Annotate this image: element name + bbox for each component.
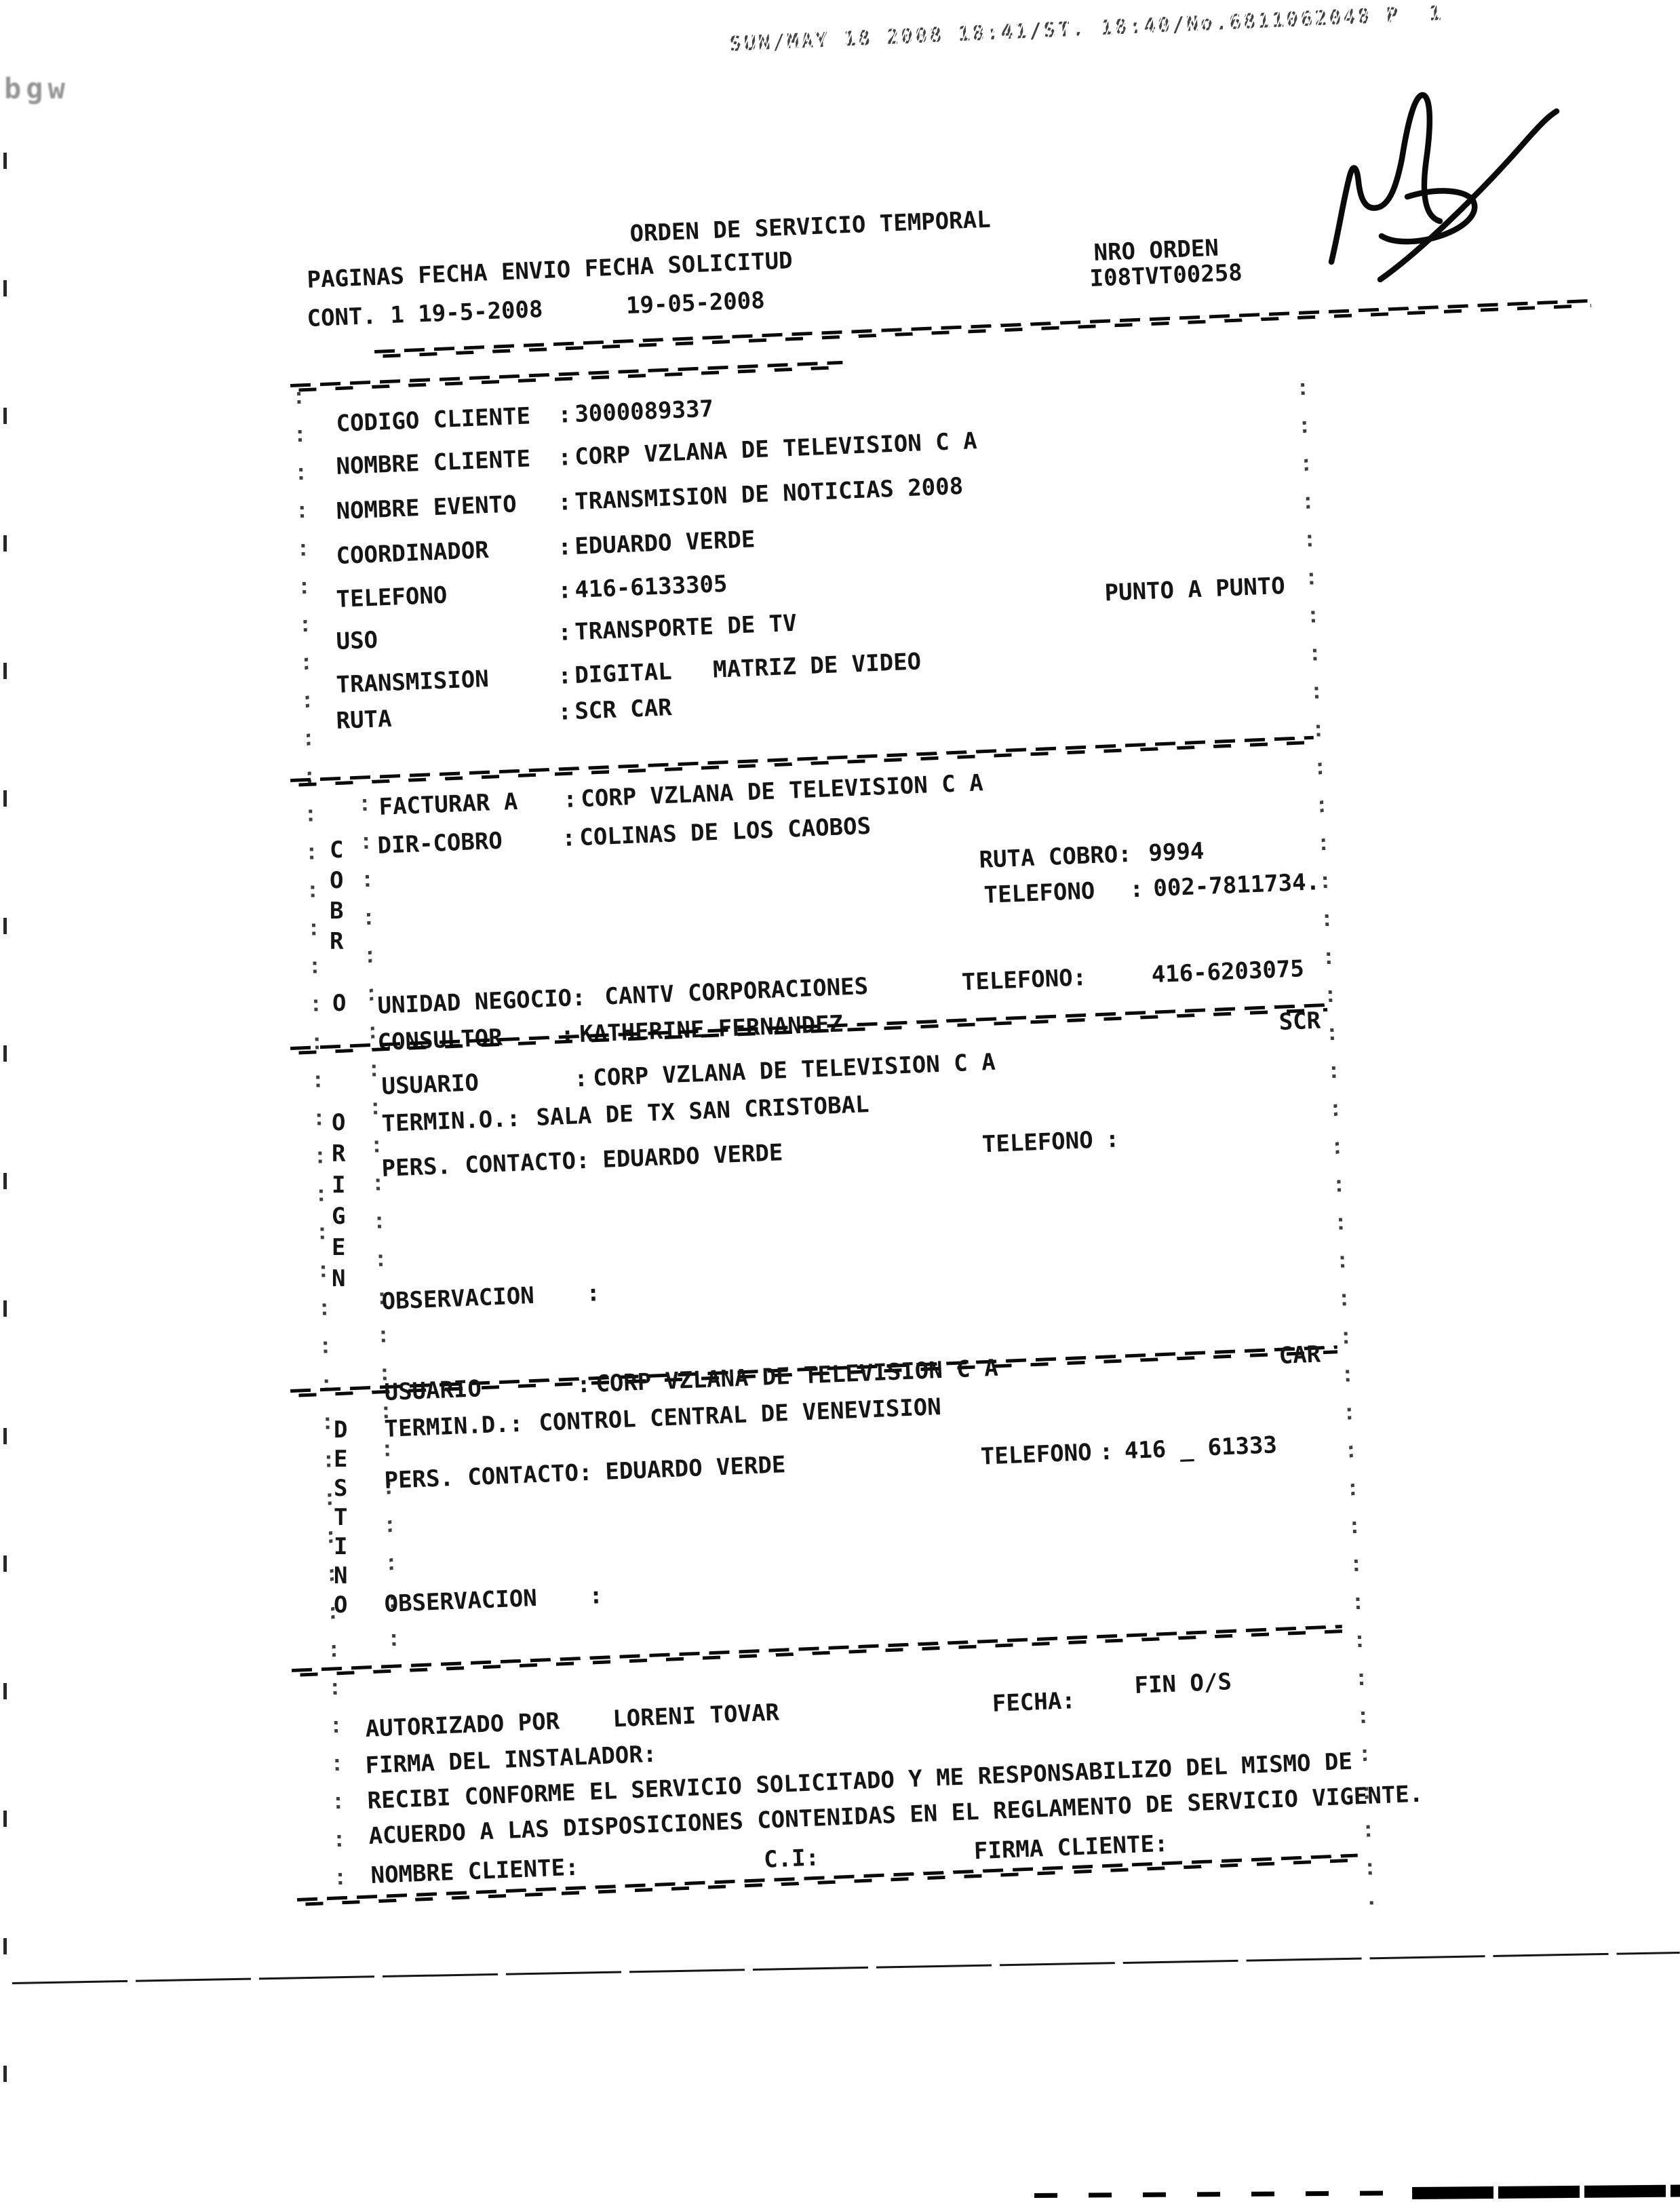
- field-label: UNIDAD NEGOCIO:: [377, 986, 586, 1018]
- fecha-label: FECHA:: [992, 1689, 1076, 1716]
- field-label: AUTORIZADO POR: [365, 1710, 560, 1740]
- header-values-line: CONT. 1 19-5-2008 19-05-2008: [307, 289, 765, 330]
- field-label: PERS. CONTACTO:: [381, 1149, 590, 1180]
- field-value: 9994: [1148, 840, 1205, 865]
- fax-transmission-header: SUN/MAY 18 2008 18:41/ST. 18:40/No.68110…: [729, 1, 1444, 56]
- field-label-telefono: TELEFONO: [981, 1129, 1093, 1157]
- field-value: EDUARDO VERDE: [602, 1141, 783, 1172]
- field-label: FACTURAR A: [378, 790, 518, 819]
- field-value: DIGITAL: [574, 660, 673, 687]
- field-colon: :: [563, 788, 578, 811]
- field-colon: :: [558, 535, 572, 559]
- field-value: TRANSMISION DE NOTICIAS 2008: [574, 475, 964, 514]
- field-extra-matriz: MATRIZ DE VIDEO: [713, 650, 922, 681]
- field-label: TERMIN.O.:: [381, 1107, 521, 1136]
- field-row-autorizado: AUTORIZADO POR LORENI TOVAR FECHA:: [365, 1677, 1383, 1747]
- field-colon: :: [1105, 1127, 1120, 1151]
- field-value: 416-6133305: [574, 573, 728, 602]
- field-colon: :: [589, 1584, 604, 1608]
- field-colon: :: [558, 403, 572, 427]
- field-label: NOMBRE CLIENTE:: [370, 1856, 579, 1887]
- page-fold-line: [12, 1952, 1680, 1984]
- dashed-separator: [290, 361, 843, 392]
- field-value: 3000089337: [574, 398, 714, 426]
- field-label-telefono: TELEFONO:: [961, 966, 1087, 994]
- firma-instalador-label: FIRMA DEL INSTALADOR:: [365, 1743, 657, 1777]
- field-label: NOMBRE CLIENTE: [336, 447, 531, 478]
- field-label: CODIGO CLIENTE: [336, 404, 531, 435]
- handwritten-signature: [1312, 80, 1584, 297]
- field-label: TELEFONO: [336, 583, 448, 611]
- field-colon: :: [1099, 1440, 1114, 1464]
- field-colon: :: [558, 664, 572, 688]
- order-number-value: I08TVT00258: [1089, 261, 1243, 290]
- field-value-telefono: 416 _ 61333: [1124, 1433, 1277, 1463]
- field-colon: :: [586, 1281, 601, 1305]
- field-colon: :: [558, 621, 572, 644]
- origin-route-tag: SCR: [1278, 1009, 1321, 1034]
- field-value: EDUARDO VERDE: [574, 528, 756, 558]
- field-label: PERS. CONTACTO:: [384, 1461, 593, 1492]
- field-label: RUTA: [336, 708, 392, 733]
- field-colon: :: [562, 826, 577, 850]
- field-colon: :: [1129, 878, 1144, 902]
- field-label: NOMBRE EVENTO: [336, 492, 517, 523]
- field-colon: :: [574, 1067, 589, 1091]
- left-margin-ticks: [3, 153, 7, 2154]
- field-label: TRANSMISION: [336, 668, 489, 697]
- scanned-fax-page: { "punct": { "colon": ":" }, "fax_header…: [0, 0, 1680, 2202]
- ci-label: C.I:: [764, 1846, 820, 1871]
- field-label: RUTA COBRO:: [979, 843, 1132, 872]
- field-label: COORDINADOR: [336, 539, 489, 568]
- field-value: SALA DE TX SAN CRISTOBAL: [536, 1093, 870, 1129]
- field-colon: :: [558, 579, 572, 602]
- field-value: 002-7811734.: [1153, 870, 1321, 900]
- field-label-telefono: TELEFONO: [980, 1441, 1092, 1469]
- field-label: USUARIO: [381, 1071, 480, 1098]
- firma-cliente-label: FIRMA CLIENTE:: [973, 1832, 1169, 1863]
- field-value: CANTV CORPORACIONES: [604, 975, 869, 1009]
- document-title: ORDEN DE SERVICIO TEMPORAL: [629, 208, 991, 246]
- field-label: OBSERVACION: [384, 1587, 537, 1616]
- field-extra-punto-a-punto: PUNTO A PUNTO: [1104, 575, 1285, 605]
- field-label: USO: [336, 629, 378, 653]
- field-value: EDUARDO VERDE: [605, 1453, 786, 1484]
- field-value-telefono: 416-6203075: [1151, 957, 1304, 986]
- field-value: CORP VZLANA DE TELEVISION C A: [595, 1357, 999, 1396]
- margin-smudge: bgw: [4, 72, 70, 105]
- dotted-border-inner: [363, 799, 396, 1655]
- field-label: DIR-COBRO: [377, 830, 503, 857]
- field-value: CORP VZLANA DE TELEVISION C A: [593, 1051, 996, 1090]
- field-row-observacion-destino: OBSERVACION :: [384, 1552, 1402, 1623]
- field-label: USUARIO: [384, 1377, 482, 1404]
- field-value: TRANSPORTE DE TV: [574, 612, 798, 644]
- header-columns-line: PAGINAS FECHA ENVIO FECHA SOLICITUD: [307, 249, 793, 292]
- field-colon: :: [558, 490, 572, 514]
- field-value: COLINAS DE LOS CAOBOS: [579, 815, 872, 849]
- field-value: CORP VZLANA DE TELEVISION C A: [581, 771, 984, 811]
- field-label: OBSERVACION: [381, 1284, 534, 1313]
- field-label: TERMIN.D.:: [384, 1412, 524, 1441]
- field-colon: :: [558, 446, 572, 469]
- dashed-separator: [292, 1625, 1342, 1677]
- bottom-edge-bar: [1412, 2185, 1680, 2199]
- field-label: TELEFONO: [983, 879, 1095, 907]
- field-row-observacion-origen: OBSERVACION :: [381, 1250, 1399, 1320]
- field-value: SCR CAR: [574, 696, 673, 723]
- field-value: CORP VZLANA DE TELEVISION C A: [574, 429, 978, 469]
- field-colon: :: [577, 1373, 591, 1397]
- field-value: LORENI TOVAR: [612, 1701, 780, 1731]
- field-colon: :: [558, 700, 572, 724]
- signature-stroke-bowl: [1382, 191, 1474, 242]
- bottom-edge-dashes: [1034, 2190, 1411, 2198]
